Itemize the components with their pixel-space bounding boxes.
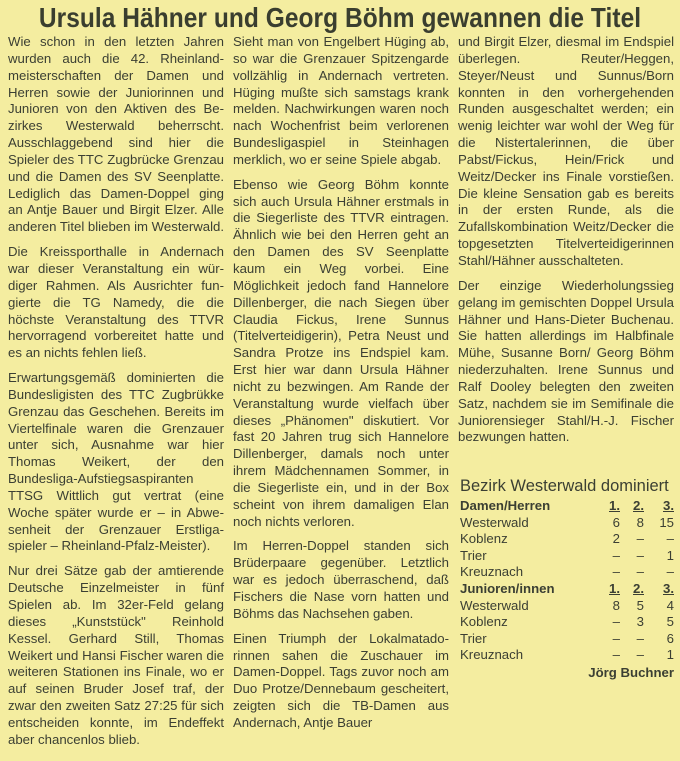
paragraph: Erwartungsgemäß dominierten die Bundesli… [8, 370, 224, 555]
row-label: Koblenz [460, 614, 596, 631]
column-header: 2. [620, 581, 644, 598]
paragraph: und Birgit Elzer, diesmal im End­spiel ü… [458, 34, 674, 270]
cell: – [596, 614, 620, 631]
table-row: Trier – – 6 [460, 631, 674, 648]
table-row: Westerwald 8 5 4 [460, 598, 674, 615]
paragraph: Ebenso wie Georg Böhm konnte sich auch U… [233, 177, 449, 531]
cell: 8 [596, 598, 620, 615]
cell: 1 [644, 647, 674, 664]
results-box: Bezirk Westerwald dominiert Damen/Herren… [460, 476, 676, 681]
cell: – [620, 647, 644, 664]
cell: 8 [620, 515, 644, 532]
table-header-label: Junioren/innen [460, 581, 596, 598]
cell: 6 [644, 631, 674, 648]
cell: – [620, 531, 644, 548]
table-row: Trier – – 1 [460, 548, 674, 565]
column-header: 3. [644, 581, 674, 598]
cell: 2 [596, 531, 620, 548]
cell: 5 [620, 598, 644, 615]
cell: 3 [620, 614, 644, 631]
headline: Ursula Hähner und Georg Böhm gewannen di… [0, 0, 680, 38]
cell: – [596, 548, 620, 565]
cell: 4 [644, 598, 674, 615]
cell: – [620, 548, 644, 565]
row-label: Kreuznach [460, 564, 596, 581]
author-byline: Jörg Buchner [460, 664, 674, 681]
cell: – [596, 564, 620, 581]
cell: – [644, 564, 674, 581]
cell: 5 [644, 614, 674, 631]
paragraph: Wie schon in den letzten Jahren wurden a… [8, 34, 224, 236]
table-row: Westerwald 6 8 15 [460, 515, 674, 532]
row-label: Trier [460, 548, 596, 565]
paragraph: Nur drei Sätze gab der amtierende Deutsc… [8, 563, 224, 748]
row-label: Westerwald [460, 515, 596, 532]
column-header: 1. [596, 581, 620, 598]
row-label: Kreuznach [460, 647, 596, 664]
article-column-1: Wie schon in den letzten Jahren wurden a… [8, 34, 224, 757]
column-header: 1. [596, 498, 620, 515]
paragraph: Im Herren-Doppel standen sich Brüderpaar… [233, 538, 449, 622]
results-table-damen-herren: Damen/Herren 1. 2. 3. Westerwald 6 8 15 … [460, 498, 674, 581]
table-header-row: Junioren/innen 1. 2. 3. [460, 581, 674, 598]
column-header: 2. [620, 498, 644, 515]
paragraph: Sieht man von Engelbert Hüging ab, so wa… [233, 34, 449, 169]
cell: 1 [644, 548, 674, 565]
box-title: Bezirk Westerwald dominiert [460, 476, 676, 496]
cell: 6 [596, 515, 620, 532]
article-column-2: Sieht man von Engelbert Hüging ab, so wa… [233, 34, 449, 740]
table-row: Koblenz – 3 5 [460, 614, 674, 631]
paragraph: Einen Triumph der Lokalmatado­rinnen sah… [233, 631, 449, 732]
cell: – [644, 531, 674, 548]
cell: 15 [644, 515, 674, 532]
table-row: Kreuznach – – – [460, 564, 674, 581]
row-label: Koblenz [460, 531, 596, 548]
table-header-label: Damen/Herren [460, 498, 596, 515]
table-header-row: Damen/Herren 1. 2. 3. [460, 498, 674, 515]
results-table-junioren: Junioren/innen 1. 2. 3. Westerwald 8 5 4… [460, 581, 674, 664]
cell: – [596, 631, 620, 648]
row-label: Trier [460, 631, 596, 648]
table-row: Koblenz 2 – – [460, 531, 674, 548]
row-label: Westerwald [460, 598, 596, 615]
cell: – [596, 647, 620, 664]
paragraph: Der einzige Wiederholungssieg gelang im … [458, 278, 674, 446]
cell: – [620, 564, 644, 581]
paragraph: Die Kreissporthalle in Andernach war die… [8, 244, 224, 362]
article-column-3: und Birgit Elzer, diesmal im End­spiel ü… [458, 34, 674, 454]
column-header: 3. [644, 498, 674, 515]
table-row: Kreuznach – – 1 [460, 647, 674, 664]
cell: – [620, 631, 644, 648]
